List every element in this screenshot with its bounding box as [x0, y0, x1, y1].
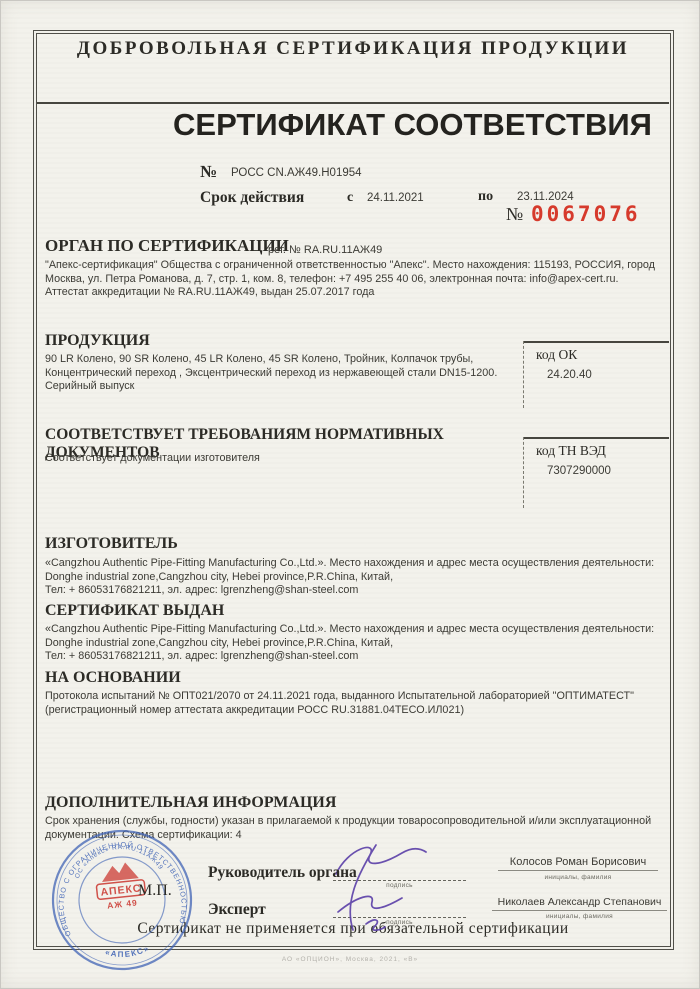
tnved-value: 7307290000 — [547, 465, 611, 477]
compliance-body: Соответствует документации изготовителя — [45, 452, 260, 466]
svg-text:«АПЕКС»: «АПЕКС» — [103, 943, 151, 961]
product-line1: 90 LR Колено, 90 SR Колено, 45 LR Колено… — [45, 353, 473, 367]
product-line3: Серийный выпуск — [45, 380, 134, 394]
signature-stroke — [366, 920, 385, 930]
head-name-caption: инициалы, фамилия — [498, 874, 658, 881]
org-address-line2: Москва, ул. Петра Романова, д. 7, стр. 1… — [45, 273, 619, 287]
stamp-mountain-logo-icon — [100, 861, 139, 882]
form-no-label: № — [506, 204, 523, 225]
issued-line1: «Cangzhou Authentic Pipe-Fitting Manufac… — [45, 623, 670, 637]
additional-heading: ДОПОЛНИТЕЛЬНАЯ ИНФОРМАЦИЯ — [45, 794, 336, 812]
mp-label: М.П. — [138, 882, 172, 900]
issued-line2: Donghe industrial zone,Cangzhou city, He… — [45, 637, 393, 651]
manufacturer-heading: ИЗГОТОВИТЕЛЬ — [45, 535, 178, 553]
manufacturer-line3: Тел: + 86053176821211, эл. адрес: lgrenz… — [45, 584, 358, 598]
org-accreditation-line: Аттестат аккредитации № RA.RU.11АЖ49, вы… — [45, 286, 374, 300]
cert-no-label: № — [200, 162, 217, 182]
validity-from-date: 24.11.2021 — [367, 192, 424, 204]
form-number: 0067076 — [531, 202, 641, 226]
basis-heading: НА ОСНОВАНИИ — [45, 669, 181, 687]
validity-from-label: с — [347, 190, 353, 206]
ok-code-box-topline — [523, 341, 669, 343]
issued-heading: СЕРТИФИКАТ ВЫДАН — [45, 602, 224, 620]
org-reg-no: рег. № RA.RU.11АЖ49 — [268, 244, 382, 256]
validity-to-label: по — [478, 189, 493, 205]
signature-stroke — [350, 845, 376, 930]
tnved-box-leftline — [523, 437, 525, 508]
product-line2: Концентрический переход , Эксцентрически… — [45, 367, 497, 381]
tnved-label: код ТН ВЭД — [536, 443, 606, 459]
manufacturer-line2: Donghe industrial zone,Cangzhou city, He… — [45, 571, 393, 585]
stamp-logo-sub: АЖ 49 — [107, 897, 139, 910]
manufacturer-line1: «Cangzhou Authentic Pipe-Fitting Manufac… — [45, 557, 670, 571]
org-address-line1: "Апекс-сертификация" Общества с ограниче… — [45, 259, 655, 273]
expert-role-label: Эксперт — [208, 901, 266, 919]
org-stamp: ОБЩЕСТВО С ОГРАНИЧЕННОЙ ОТВЕТСТВЕННОСТЬЮ… — [48, 826, 196, 974]
head-role-label: Руководитель органа — [208, 864, 357, 882]
basis-line1: Протокола испытаний № ОПТ021/2070 от 24.… — [45, 690, 634, 704]
head-name: Колосов Роман Борисович — [498, 856, 658, 871]
expert-name-caption: инициалы, фамилия — [492, 913, 667, 920]
voluntary-certification-header: ДОБРОВОЛЬНАЯ СЕРТИФИКАЦИЯ ПРОДУКЦИИ — [37, 38, 669, 60]
issued-line3: Тел: + 86053176821211, эл. адрес: lgrenz… — [45, 650, 358, 664]
product-heading: ПРОДУКЦИЯ — [45, 332, 150, 350]
ok-code-label: код ОК — [536, 347, 577, 363]
signature-stroke — [338, 896, 402, 912]
cert-number: РОСС CN.АЖ49.H01954 — [231, 167, 362, 179]
org-heading: ОРГАН ПО СЕРТИФИКАЦИИ — [45, 236, 289, 256]
ok-code-value: 24.20.40 — [547, 369, 592, 381]
page-title: СЕРТИФИКАТ СООТВЕТСТВИЯ — [150, 107, 675, 143]
tnved-box-topline — [523, 437, 669, 439]
basis-line2: (регистрационный номер аттестата аккреди… — [45, 704, 464, 718]
validity-label: Срок действия — [200, 189, 304, 207]
header-divider — [37, 102, 669, 104]
handwritten-signatures — [322, 840, 482, 935]
stamp-bottom-text: «АПЕКС» — [103, 943, 151, 961]
certificate-page: ДОБРОВОЛЬНАЯ СЕРТИФИКАЦИЯ ПРОДУКЦИИ СЕРТ… — [0, 0, 700, 989]
ok-code-box-leftline — [523, 341, 525, 408]
expert-name: Николаев Александр Степанович — [492, 896, 667, 911]
